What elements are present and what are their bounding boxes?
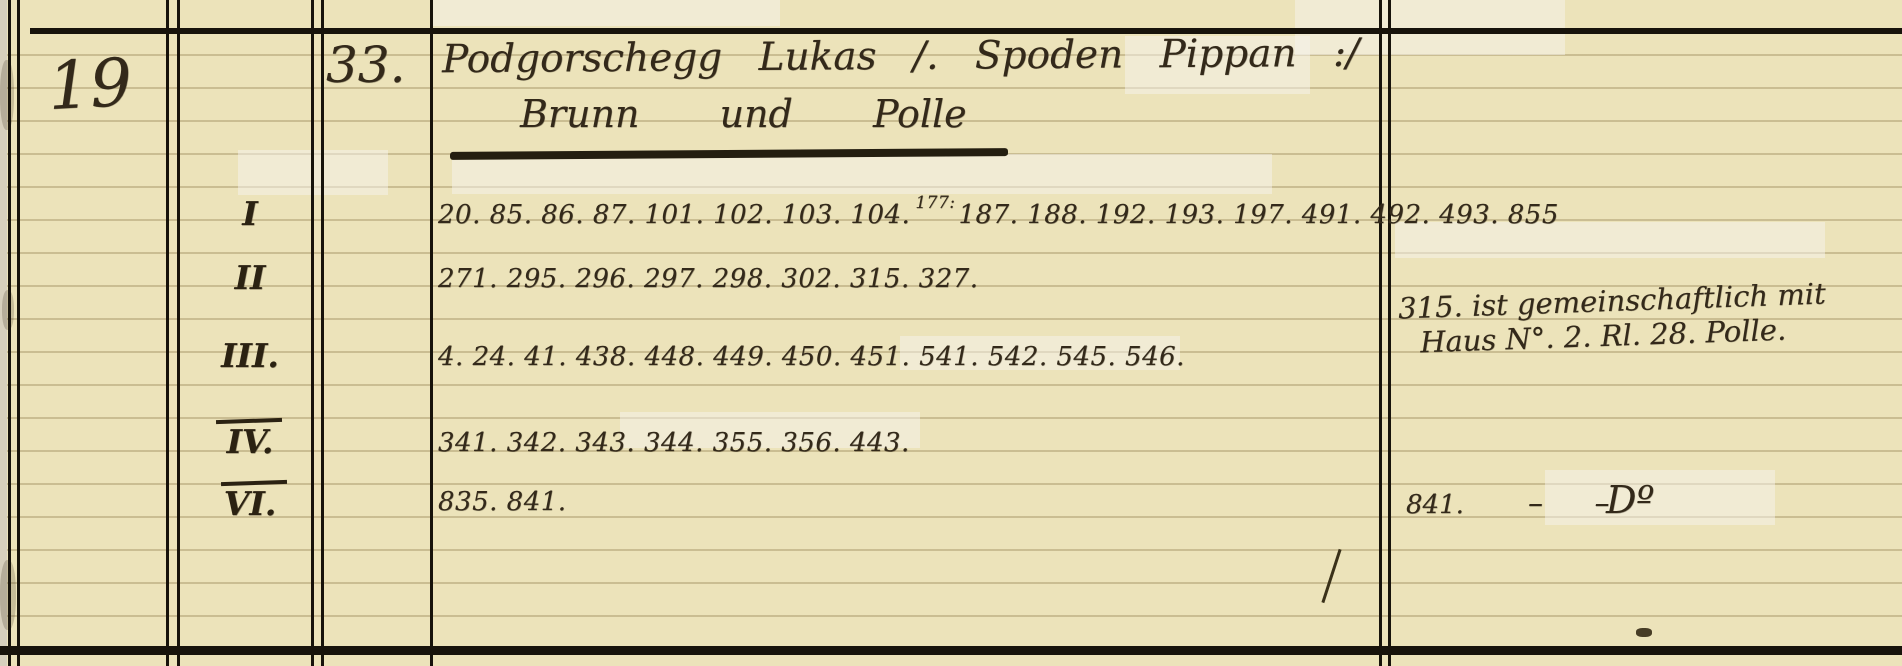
row-border-bottom [0, 646, 1902, 655]
parcel-numbers-row-VI: 835. 841. [438, 487, 567, 517]
column-divider [177, 0, 180, 666]
parcel-numbers-row-IV: 341. 342. 343. 344. 355. 356. 443. [438, 428, 910, 458]
section-numeral-IV: IV. [210, 422, 290, 461]
ink-smudge [0, 60, 14, 130]
parcel-numbers-row-II: 271. 295. 296. 297. 298. 302. 315. 327. [438, 264, 978, 294]
stray-pen-stroke [1321, 549, 1341, 603]
section-numeral-VI: VI. [210, 484, 290, 523]
entry-number: 33. [326, 36, 406, 94]
parcel-numbers-row-I: 20. 85. 86. 87. 101. 102. 103. 104.177:1… [438, 200, 1559, 230]
column-divider [311, 0, 314, 666]
entry-title-line1: Podgorschegg Lukas /. Spoden Pippan :/ [442, 31, 1360, 82]
parcel-numbers-pre: 20. 85. 86. 87. 101. 102. 103. 104. [438, 200, 910, 230]
ledger-page: 19 33. Podgorschegg Lukas /. Spoden Pipp… [0, 0, 1902, 666]
column-divider [8, 0, 11, 666]
title-underline [450, 148, 1008, 160]
column-divider [321, 0, 324, 666]
stray-ink-mark [1636, 628, 1652, 637]
inserted-parcel-number: 177: [915, 193, 955, 213]
section-numeral-III: III. [210, 336, 290, 375]
margin-note-ditto-mark: Dº [1606, 478, 1654, 522]
column-divider [166, 0, 169, 666]
margin-note-ditto-ref: 841. [1406, 490, 1464, 520]
column-divider [1379, 0, 1382, 666]
paper-patch [452, 154, 1272, 194]
column-divider [1388, 0, 1391, 666]
parcel-numbers-row-III: 4. 24. 41. 438. 448. 449. 450. 451. 541.… [438, 342, 1185, 372]
column-divider [17, 0, 20, 666]
section-numeral-I: I [210, 194, 290, 233]
paper-patch [430, 0, 780, 26]
entry-title-line2: Brunn und Polle [520, 92, 967, 136]
parcel-numbers-post: 187. 188. 192. 193. 197. 491. 492. 493. … [959, 200, 1559, 230]
section-numeral-II: II [210, 258, 290, 297]
folio-number: 19 [46, 44, 134, 125]
column-divider [430, 0, 433, 666]
